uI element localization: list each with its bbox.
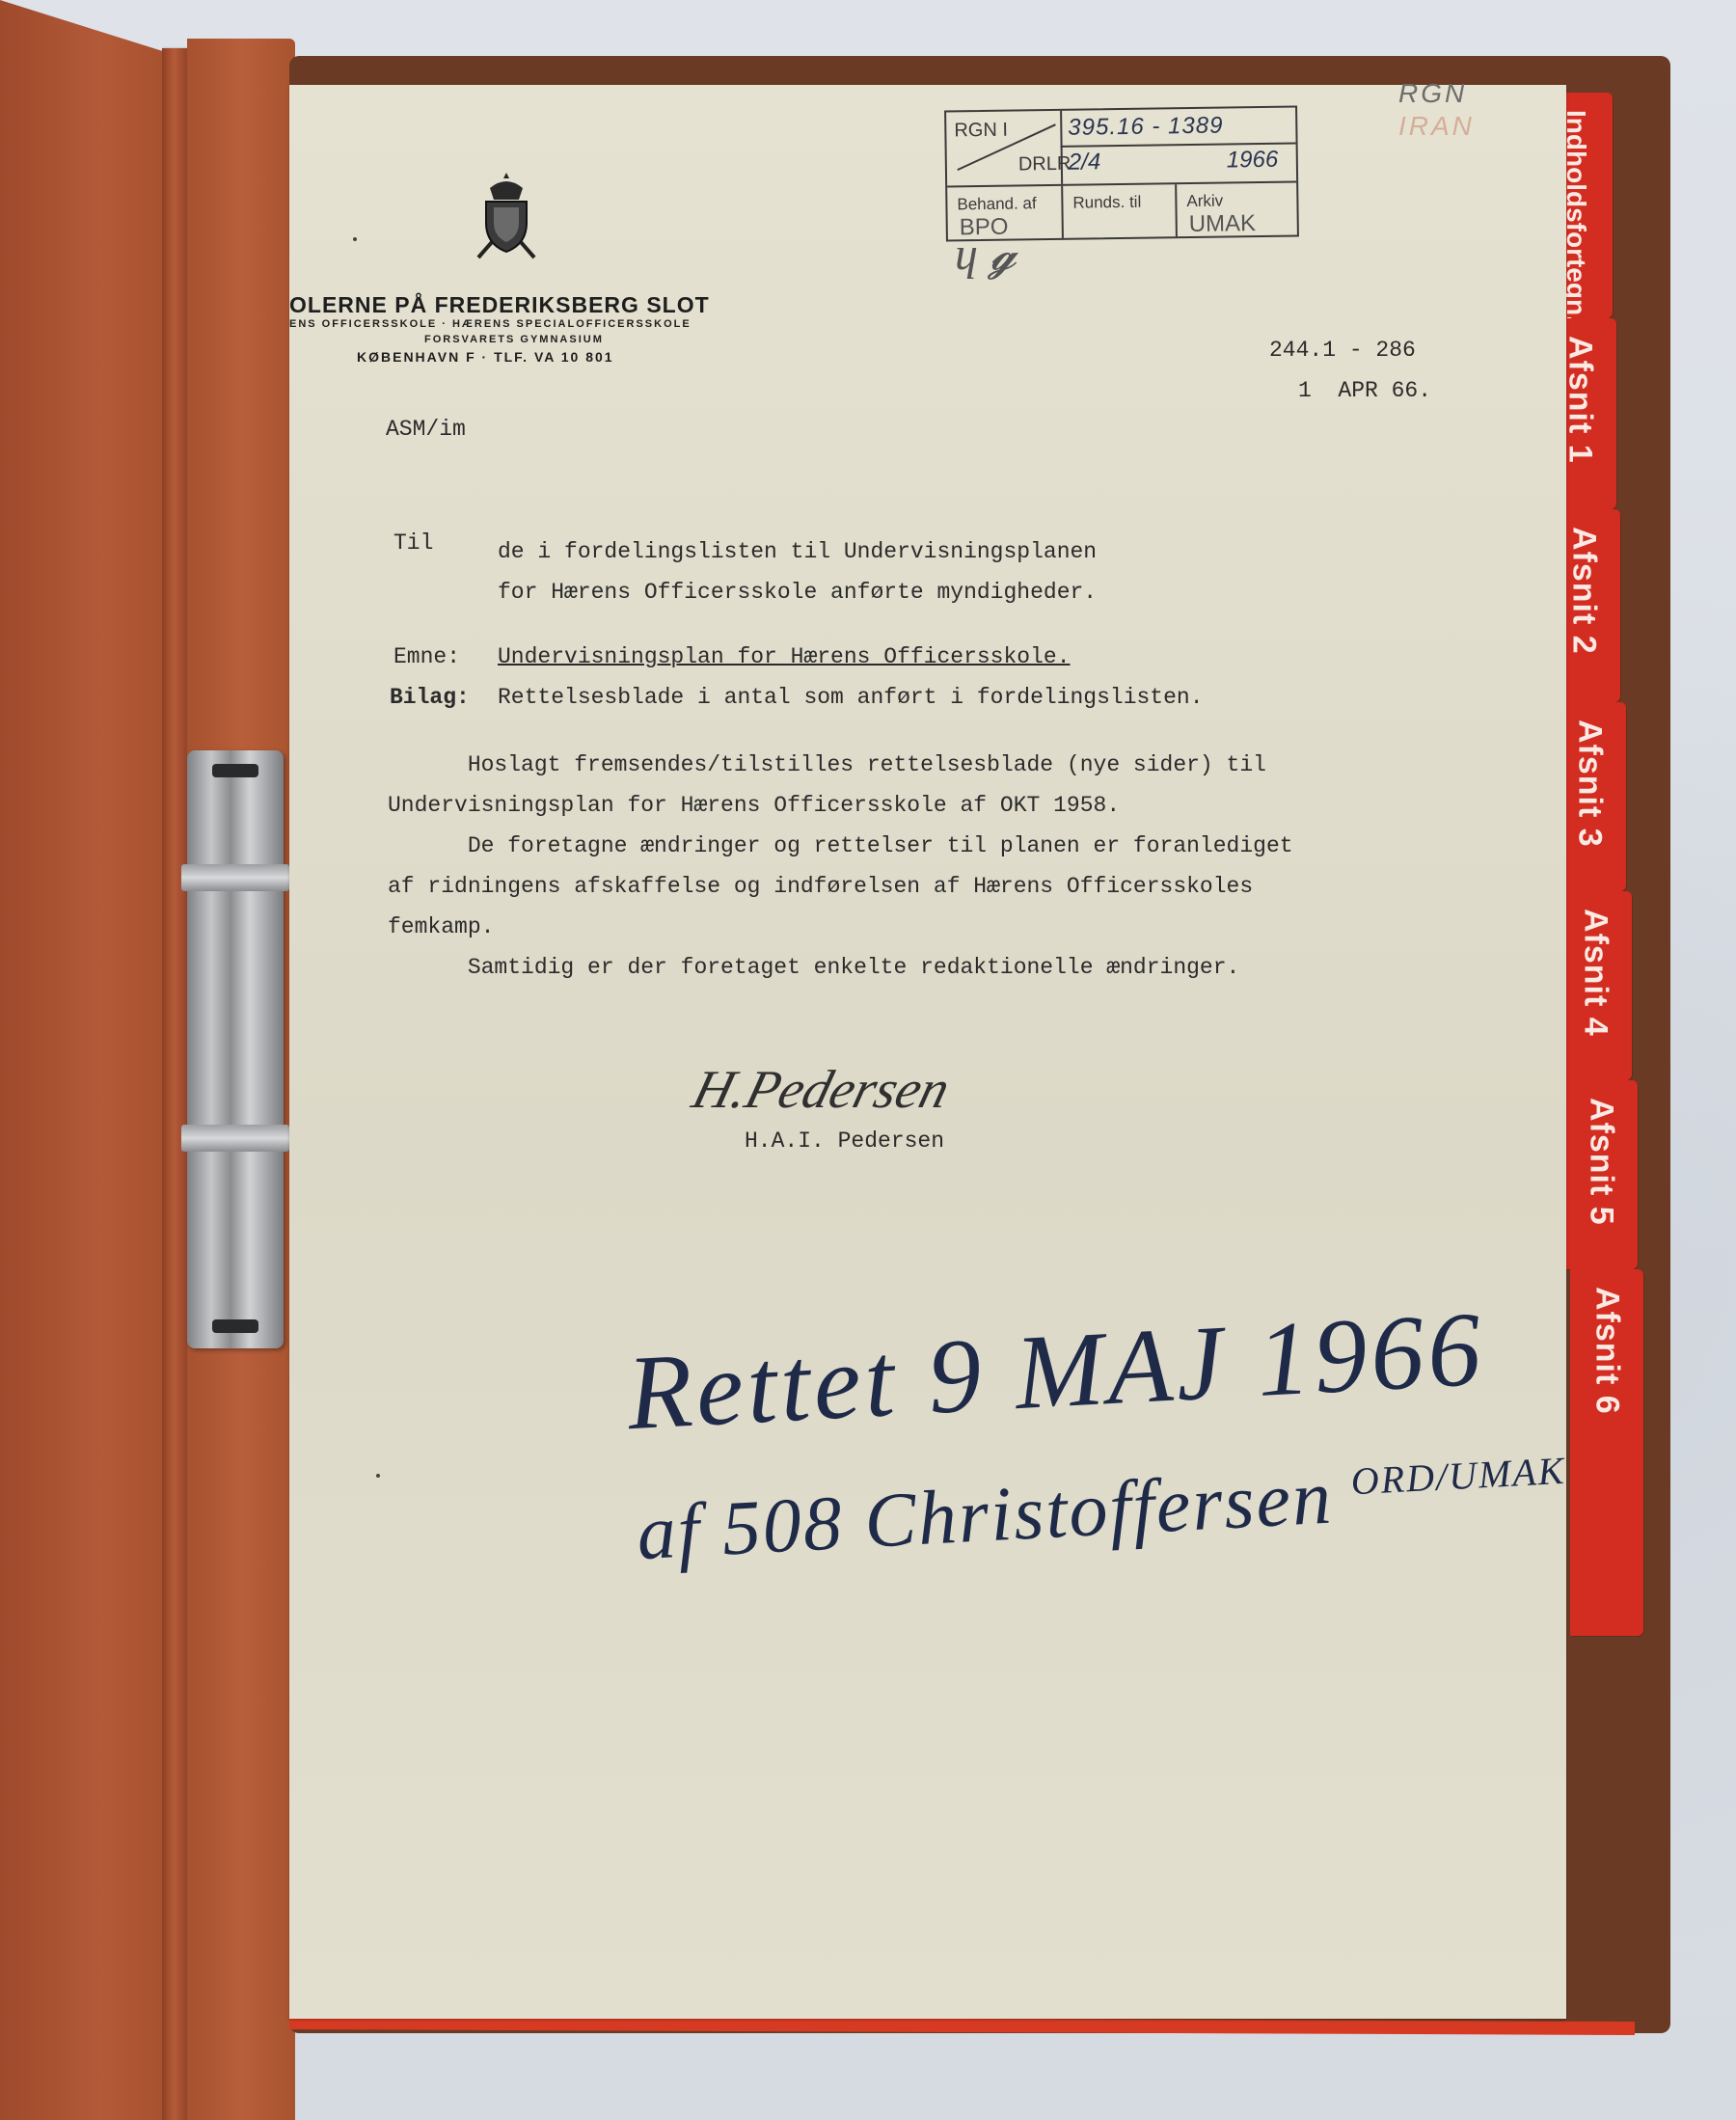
- recipient-text: de i fordelingslisten til Undervisningsp…: [498, 531, 1097, 612]
- letter-body: Hoslagt fremsendes/tilstilles rettelsesb…: [388, 745, 1293, 988]
- recipient-label: Til: [393, 523, 433, 563]
- clip-band-lower: [181, 1125, 289, 1152]
- stamp-arkiv-value: UMAK: [1189, 210, 1257, 238]
- handwritten-initials: ɥ 𝓰: [955, 228, 1017, 282]
- stamp-behand-label: Behand. af: [957, 194, 1037, 214]
- letterhead-subtitle: ENS OFFICERSSKOLE · HÆRENS SPECIALOFFICE…: [289, 318, 772, 330]
- clip-slot-top: [212, 764, 258, 777]
- stamp-journal-number: 395.16 - 1389: [1068, 113, 1224, 142]
- binder-clip[interactable]: [187, 750, 284, 1348]
- stamp-year: 1966: [1227, 147, 1279, 175]
- stamp-drlr-label: DRLR: [1018, 153, 1071, 177]
- dictation-mark: ASM/im: [386, 409, 466, 449]
- clip-band-upper: [181, 864, 289, 891]
- signatory-name: H.A.I. Pedersen: [745, 1121, 944, 1161]
- pencil-note-top-right: RGN IRAN: [1398, 77, 1475, 143]
- letterhead-subtitle-2: FORSVARETS GYMNASIUM: [289, 334, 907, 345]
- stamp-arkiv-label: Arkiv: [1186, 192, 1223, 212]
- tab-afsnit-5[interactable]: Afsnit 5: [1564, 1080, 1638, 1269]
- paper-speck: [353, 237, 357, 241]
- clip-slot-bottom: [212, 1319, 258, 1333]
- stamp-date-received: 2/4: [1069, 149, 1101, 176]
- folder-front-cover: [0, 0, 169, 2120]
- subject-text: Undervisningsplan for Hærens Officerssko…: [498, 637, 1071, 677]
- tab-afsnit-4[interactable]: Afsnit 4: [1559, 891, 1632, 1080]
- folder-spine: [162, 48, 189, 2120]
- stamp-runds-label: Runds. til: [1072, 193, 1141, 213]
- reference-number: 244.1 - 286: [1269, 330, 1416, 370]
- subject-label: Emne:: [393, 637, 460, 677]
- signature-scrawl: H.Pedersen: [686, 1059, 956, 1121]
- tab-afsnit-6[interactable]: Afsnit 6: [1570, 1269, 1643, 1636]
- letterhead-title: OLERNE PÅ FREDERIKSBERG SLOT: [289, 292, 772, 318]
- enclosure-label: Bilag:: [390, 677, 470, 718]
- registration-stamp: RGN I DRLR 395.16 - 1389 2/4 1966 Behand…: [944, 105, 1299, 241]
- letter-date: 1 APR 66.: [1298, 370, 1431, 411]
- royal-crest-icon: [473, 169, 540, 265]
- letterhead-address: KØBENHAVN F · TLF. VA 10 801: [289, 349, 839, 365]
- paper-speck: [376, 1474, 380, 1478]
- enclosure-text: Rettelsesblade i antal som anført i ford…: [498, 677, 1204, 718]
- stamp-rgn-label: RGN I: [954, 120, 1008, 143]
